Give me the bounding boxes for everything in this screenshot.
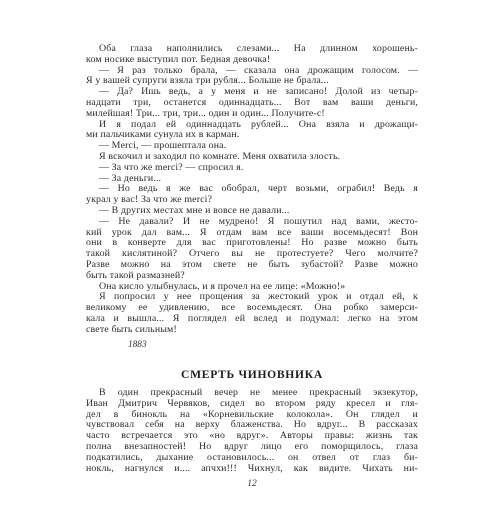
text-line: быть такой размазней? bbox=[86, 271, 418, 282]
page-number: 12 bbox=[86, 479, 418, 489]
story-date: 1883 bbox=[86, 340, 460, 350]
text-line: подкатились, дыхание остановилось... он … bbox=[86, 453, 418, 464]
text-line: ком носике выступил пот. Бедная девочка! bbox=[86, 55, 418, 66]
text-line: — За что же merci? — спросил я. bbox=[86, 163, 418, 174]
text-line: нокль, нагнулся и.... апчхи!!! Чихнул, к… bbox=[86, 464, 418, 475]
story-ending-text: Оба глаза наполнились слезами... На длин… bbox=[86, 44, 418, 336]
text-line: свете быть сильным! bbox=[86, 325, 418, 336]
book-page: Оба глаза наполнились слезами... На длин… bbox=[0, 0, 500, 532]
story-opening-text: В один прекрасный вечер не менее прекрас… bbox=[86, 388, 418, 474]
text-line: Иван Дмитрич Червяков, сидел во втором р… bbox=[86, 399, 418, 410]
story-title: СМЕРТЬ ЧИНОВНИКА bbox=[86, 368, 418, 381]
text-line: милейшая! Три... три, три... один и один… bbox=[86, 109, 418, 120]
text-line: — Не давали? И не мудрено! Я пошутил над… bbox=[86, 217, 418, 228]
